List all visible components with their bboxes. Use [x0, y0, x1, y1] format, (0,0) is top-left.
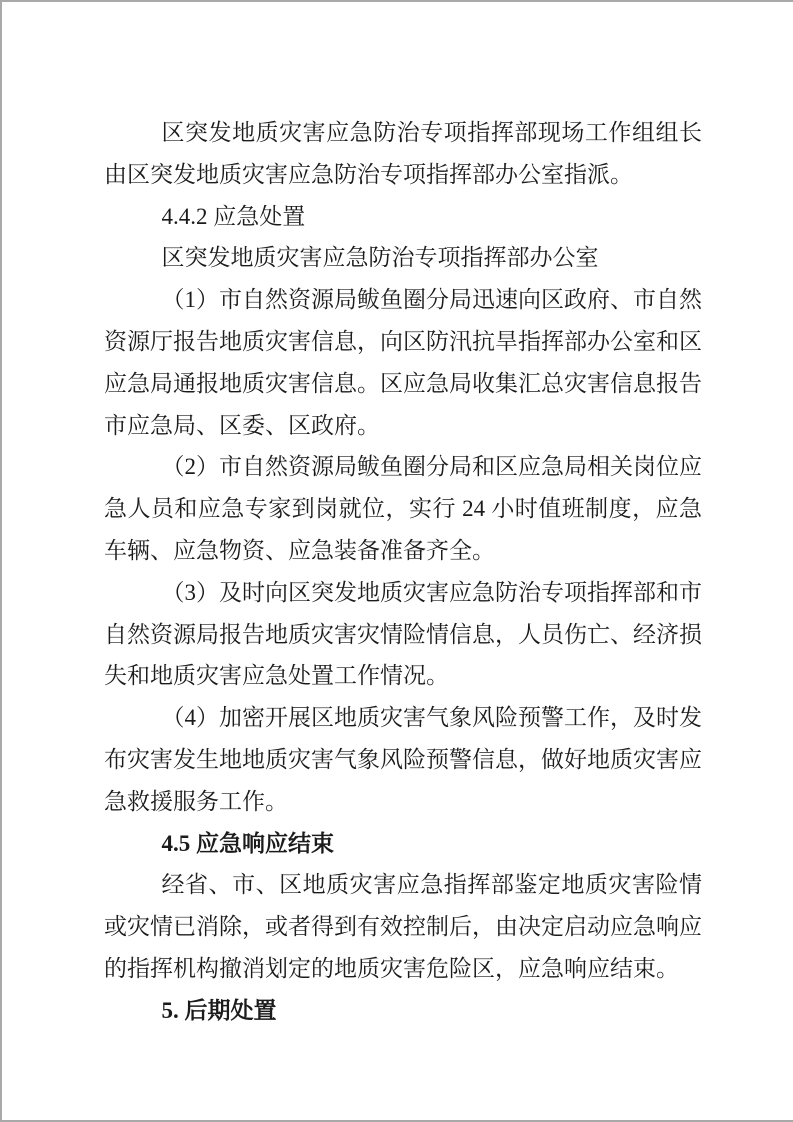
paragraph-item-2: （2）市自然资源局鲅鱼圈分局和区应急局相关岗位应急人员和应急专家到岗就位，实行 … [104, 446, 702, 571]
paragraph-item-3: （3）及时向区突发地质灾害应急防治专项指挥部和市自然资源局报告地质灾害灾情险情信… [104, 572, 702, 697]
document-page: 区突发地质灾害应急防治专项指挥部现场工作组组长由区突发地质灾害应急防治专项指挥部… [0, 0, 793, 1122]
document-body: 区突发地质灾害应急防治专项指挥部现场工作组组长由区突发地质灾害应急防治专项指挥部… [104, 112, 702, 1032]
paragraph-special-command-office: 区突发地质灾害应急防治专项指挥部办公室 [104, 237, 702, 279]
heading-4-4-2-emergency-disposal: 4.4.2 应急处置 [104, 196, 702, 238]
paragraph-response-end: 经省、市、区地质灾害应急指挥部鉴定地质灾害险情或灾情已消除，或者得到有效控制后，… [104, 864, 702, 989]
paragraph-item-4: （4）加密开展区地质灾害气象风险预警工作，及时发布灾害发生地地质灾害气象风险预警… [104, 697, 702, 822]
paragraph-item-1: （1）市自然资源局鲅鱼圈分局迅速向区政府、市自然资源厅报告地质灾害信息，向区防汛… [104, 279, 702, 446]
heading-5-post-disposal: 5. 后期处置 [104, 990, 702, 1032]
paragraph-workgroup-leader: 区突发地质灾害应急防治专项指挥部现场工作组组长由区突发地质灾害应急防治专项指挥部… [104, 112, 702, 196]
heading-4-5-response-end: 4.5 应急响应结束 [104, 823, 702, 865]
